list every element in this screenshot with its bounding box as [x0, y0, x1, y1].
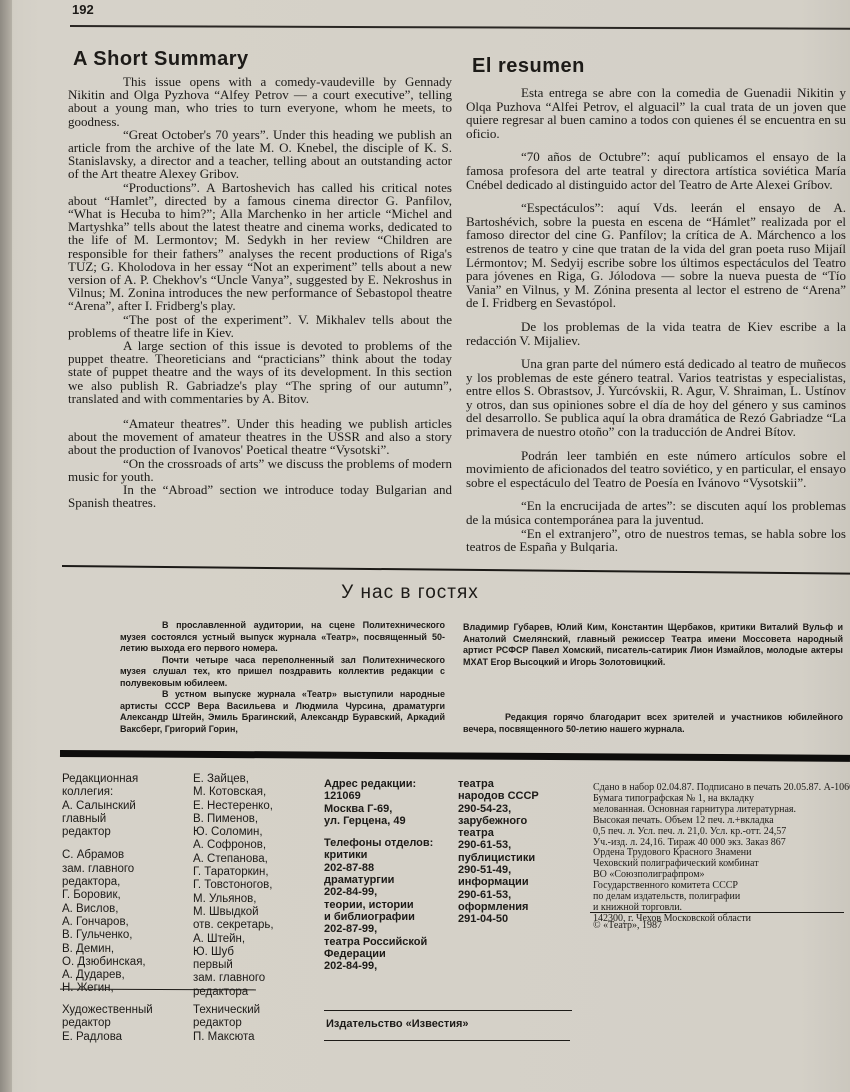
- spanish-paragraph: Una gran parte del número está dedicado …: [466, 357, 846, 439]
- tech-editor: ТехническийредакторП. Максюта: [193, 1004, 260, 1044]
- imprint-line: и библиографии: [324, 911, 433, 923]
- imprint-line: Высокая печать. Объем 12 печ. л.+вкладка: [593, 816, 850, 827]
- magazine-page: 192 A Short Summary This issue opens wit…: [0, 0, 850, 1092]
- imprint-line: Редакционная: [62, 773, 146, 786]
- imprint-line: Г. Тараторкин,: [193, 866, 274, 879]
- guests-section-title: У нас в гостях: [0, 582, 850, 604]
- imprint-line: Е. Радлова: [62, 1031, 153, 1044]
- guests-thanks: Редакция горячо благодарит всех зрителей…: [463, 712, 843, 735]
- imprint-line: зам. главного: [62, 863, 146, 876]
- imprint-line: 202-87-88: [324, 862, 433, 874]
- english-summary-title: A Short Summary: [73, 48, 249, 71]
- imprint-line: редактор: [193, 1017, 260, 1030]
- imprint-line: В. Демин,: [62, 943, 146, 956]
- header-rule: [70, 25, 850, 30]
- imprint-line: Телефоны отделов:: [324, 837, 433, 849]
- publisher: Издательство «Известия»: [326, 1018, 469, 1030]
- department-phones: театранародов СССР290-54-23,зарубежногот…: [458, 778, 539, 926]
- imprint-line: 290-51-49,: [458, 864, 539, 876]
- imprint-line: Технический: [193, 1004, 260, 1017]
- section-divider: [62, 565, 850, 575]
- imprint-line: А. Вислов,: [62, 903, 146, 916]
- publisher-rule-bottom: [324, 1040, 570, 1041]
- imprint-line: 290-61-53,: [458, 839, 539, 851]
- imprint-line: зам. главного: [193, 972, 274, 985]
- imprint-line: П. Максюта: [193, 1031, 260, 1044]
- imprint-line: [324, 827, 433, 837]
- imprint-line: А. Гончаров,: [62, 916, 146, 929]
- imprint-line: народов СССР: [458, 790, 539, 802]
- imprint-line: Федерации: [324, 948, 433, 960]
- english-paragraph: “Amateur theatres”. Under this heading w…: [68, 417, 452, 457]
- page-binding-edge: [0, 0, 12, 1092]
- print-info: Сдано в набор 02.04.87. Подписано в печа…: [593, 783, 850, 925]
- spanish-paragraph: De los problemas de la vida teatra de Ki…: [466, 320, 846, 347]
- imprint-line: В. Гульченко,: [62, 929, 146, 942]
- guests-thanks-text: Редакция горячо благодарит всех зрителей…: [463, 712, 843, 735]
- english-paragraph: A large section of this issue is devoted…: [68, 339, 452, 405]
- imprint-line: театра: [458, 827, 539, 839]
- imprint-line: теории, истории: [324, 899, 433, 911]
- english-paragraph: This issue opens with a comedy-vaudevill…: [68, 75, 452, 128]
- imprint-line: 290-61-53,: [458, 889, 539, 901]
- imprint-line: М. Котовская,: [193, 786, 274, 799]
- imprint-line: В. Пименов,: [193, 813, 274, 826]
- imprint-line: главный: [62, 813, 146, 826]
- imprint-line: драматургии: [324, 874, 433, 886]
- imprint-line: отв. секретарь,: [193, 919, 274, 932]
- imprint-line: оформления: [458, 901, 539, 913]
- imprint-line: М. Ульянов,: [193, 893, 274, 906]
- spanish-paragraph: “70 años de Octubre”: aquí publicamos el…: [466, 150, 846, 191]
- guests-left-column: В прославленной аудитории, на сцене Поли…: [120, 620, 445, 735]
- spanish-paragraph: Esta entrega se abre con la comedia de G…: [466, 86, 846, 140]
- imprint-line: Ю. Соломин,: [193, 826, 274, 839]
- imprint-line: М. Швыдкой: [193, 906, 274, 919]
- imprint-line: 290-54-23,: [458, 803, 539, 815]
- imprint-line: Адрес редакции:: [324, 778, 433, 790]
- page-number: 192: [72, 2, 94, 17]
- imprint-line: Е. Нестеренко,: [193, 800, 274, 813]
- imprint-line: А. Дударев,: [62, 969, 146, 982]
- imprint-line: публицистики: [458, 852, 539, 864]
- imprint-line: редактор: [62, 1017, 153, 1030]
- imprint-line: ул. Герцена, 49: [324, 815, 433, 827]
- imprint-line: Ю. Шуб: [193, 946, 274, 959]
- imprint-line: Е. Зайцев,: [193, 773, 274, 786]
- spanish-summary-title: El resumen: [472, 55, 585, 78]
- imprint-line: 202-84-99,: [324, 886, 433, 898]
- english-paragraph: “Productions”. A Bartoshevich has called…: [68, 181, 452, 313]
- imprint-line: А. Штейн,: [193, 933, 274, 946]
- imprint-line: 0,5 печ. л. Усл. печ. л. 21,0. Усл. кр.-…: [593, 827, 850, 838]
- imprint-line: театра: [458, 778, 539, 790]
- imprint-line: А. Салынский: [62, 800, 146, 813]
- imprint-line: первый: [193, 959, 274, 972]
- english-paragraph: “The post of the experiment”. V. Mikhale…: [68, 313, 452, 339]
- imprint-line: О. Дзюбинская,: [62, 956, 146, 969]
- spanish-paragraph: Podrán leer también en este número artíc…: [466, 449, 846, 490]
- editorial-address: Адрес редакции:121069Москва Г-69,ул. Гер…: [324, 778, 433, 972]
- imprint-line: критики: [324, 849, 433, 861]
- imprint-line: Художественный: [62, 1004, 153, 1017]
- imprint-line: 291-04-50: [458, 913, 539, 925]
- imprint-line: Г. Боровик,: [62, 889, 146, 902]
- art-editor: ХудожественныйредакторЕ. Радлова: [62, 1004, 153, 1044]
- english-summary-column: This issue opens with a comedy-vaudevill…: [68, 75, 452, 510]
- publisher-rule-top: [324, 1010, 572, 1011]
- imprint-line: 202-84-99,: [324, 960, 433, 972]
- spanish-paragraph: “En la encrucijada de artes”: se discute…: [466, 499, 846, 526]
- english-paragraph: “Great October's 70 years”. Under this h…: [68, 128, 452, 181]
- english-paragraph: In the “Abroad” section we introduce tod…: [68, 483, 452, 509]
- spanish-paragraph: “En el extranjero”, otro de nuestros tem…: [466, 527, 846, 554]
- imprint-divider: [60, 750, 850, 762]
- guests-paragraph: В устном выпуске журнала «Театр» выступи…: [120, 689, 445, 735]
- guests-title-text: У нас в гостях: [341, 582, 479, 603]
- english-paragraph: “On the crossroads of arts” we discuss t…: [68, 457, 452, 483]
- imprint-line: зарубежного: [458, 815, 539, 827]
- imprint-line: Москва Г-69,: [324, 803, 433, 815]
- copyright: © «Театр», 1987: [593, 920, 662, 931]
- print-info-rule: [590, 912, 844, 913]
- imprint-line: 202-87-99,: [324, 923, 433, 935]
- imprint-line: редактора: [193, 986, 274, 999]
- guests-paragraph: Владимир Губарев, Юлий Ким, Константин Щ…: [463, 622, 843, 668]
- imprint-line: С. Абрамов: [62, 849, 146, 862]
- guests-paragraph: Почти четыре часа переполненный зал Поли…: [120, 655, 445, 690]
- imprint-line: коллегия:: [62, 786, 146, 799]
- imprint-line: театра Российской: [324, 936, 433, 948]
- imprint-line: редактора,: [62, 876, 146, 889]
- imprint-line: А. Степанова,: [193, 853, 274, 866]
- imprint-line: А. Софронов,: [193, 839, 274, 852]
- imprint-line: редактор: [62, 826, 146, 839]
- imprint-line: информации: [458, 876, 539, 888]
- editorial-board-col1: Редакционнаяколлегия:А. Салынскийглавный…: [62, 773, 146, 996]
- guests-right-column: Владимир Губарев, Юлий Ким, Константин Щ…: [463, 622, 843, 668]
- spanish-paragraph: “Espectáculos”: aquí Vds. leerán el ensa…: [466, 201, 846, 310]
- imprint-line: Г. Товстоногов,: [193, 879, 274, 892]
- guests-paragraph: В прославленной аудитории, на сцене Поли…: [120, 620, 445, 655]
- imprint-line: 121069: [324, 790, 433, 802]
- imprint-line: [62, 839, 146, 849]
- spanish-summary-column: Esta entrega se abre con la comedia de G…: [466, 86, 846, 554]
- editorial-board-col2: Е. Зайцев,М. Котовская,Е. Нестеренко,В. …: [193, 773, 274, 999]
